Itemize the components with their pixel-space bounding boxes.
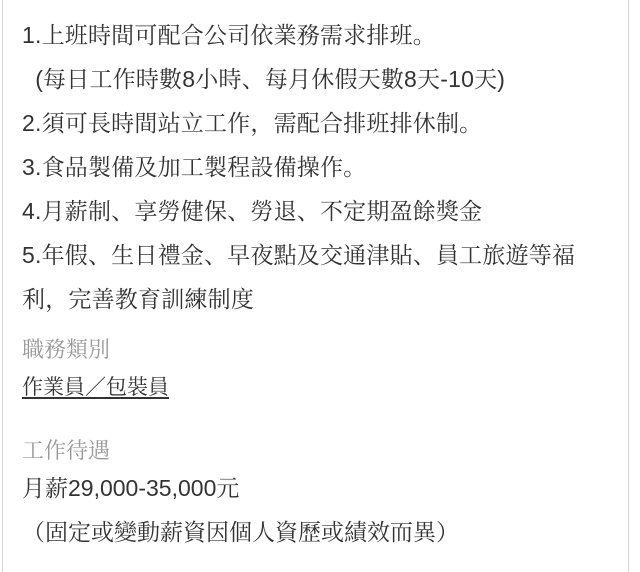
salary-label: 工作待遇 — [22, 436, 608, 466]
job-description-text: 1.上班時間可配合公司依業務需求排班。 (每日工作時數8小時、每月休假天數8天-… — [22, 13, 608, 321]
salary-section: 工作待遇 月薪29,000-35,000元 （固定或變動薪資因個人資歷或績效而異… — [22, 436, 608, 554]
salary-value: 月薪29,000-35,000元 — [22, 466, 608, 510]
job-category-label: 職務類別 — [22, 335, 608, 365]
salary-note: （固定或變動薪資因個人資歷或績效而異） — [22, 510, 608, 554]
job-category-section: 職務類別 作業員／包裝員 — [22, 335, 608, 402]
job-detail-card: 1.上班時間可配合公司依業務需求排班。 (每日工作時數8小時、每月休假天數8天-… — [2, 0, 629, 572]
job-category-link[interactable]: 作業員／包裝員 — [22, 373, 169, 402]
